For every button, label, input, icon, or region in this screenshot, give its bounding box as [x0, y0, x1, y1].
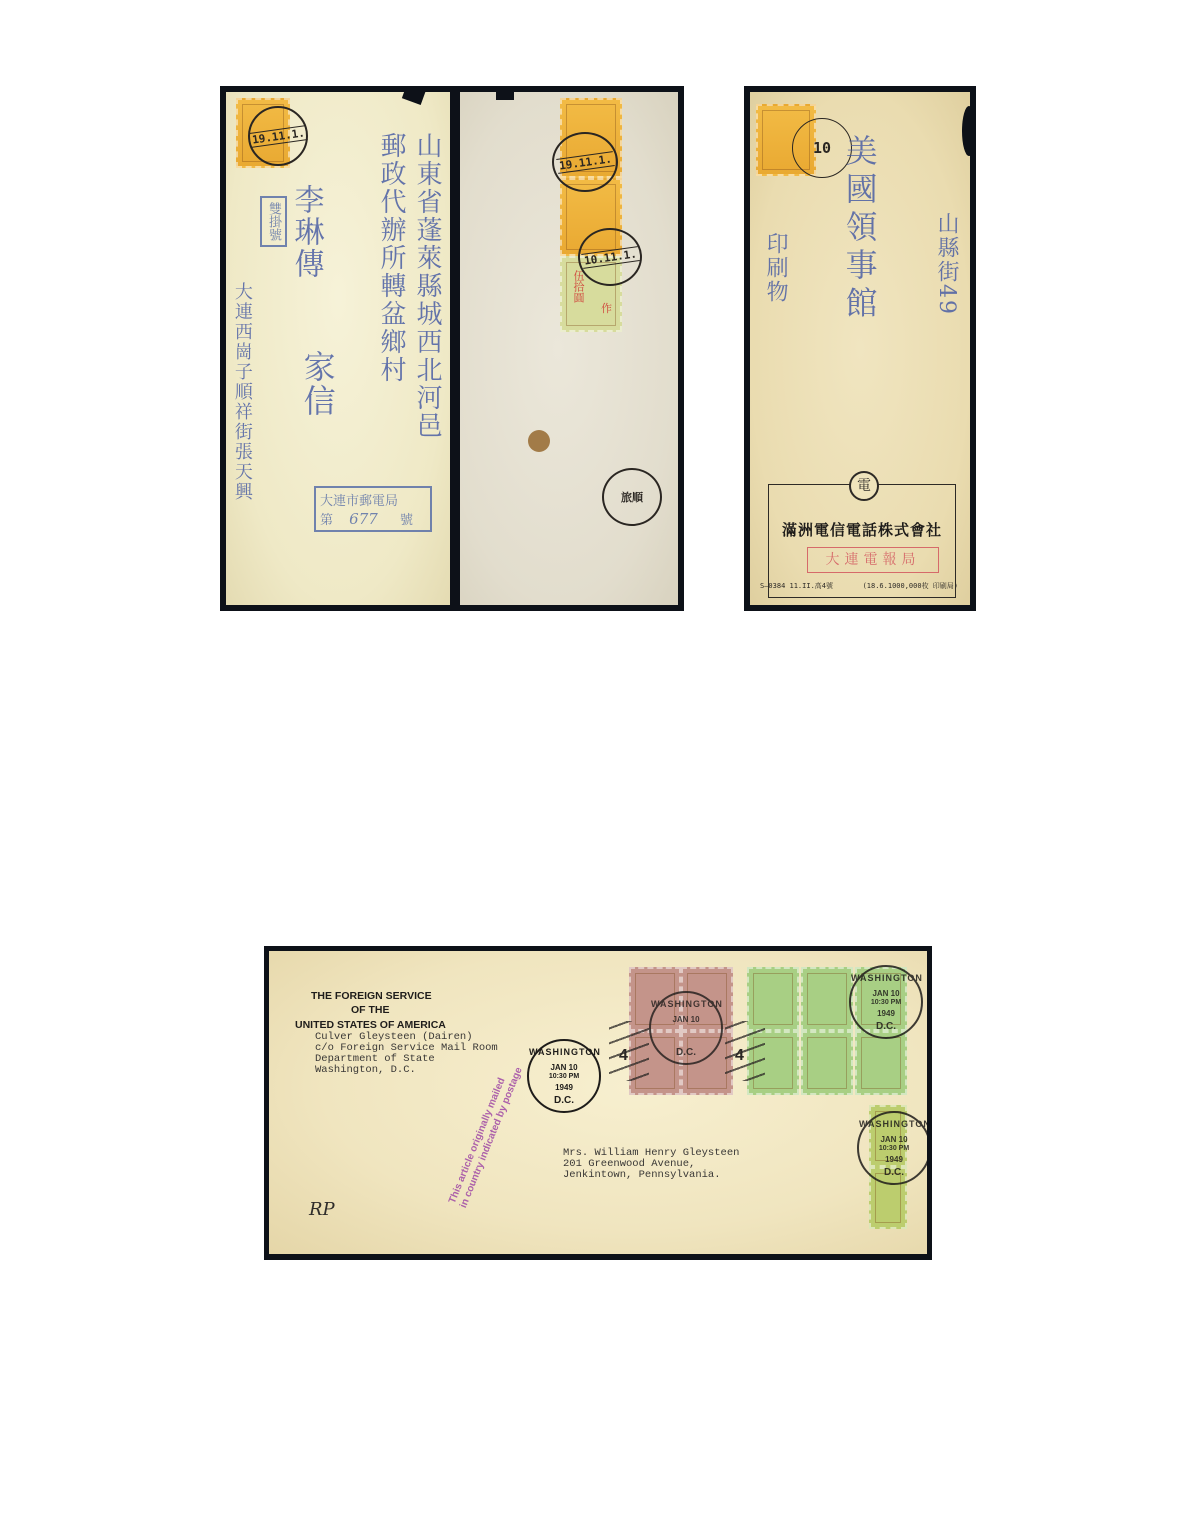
address-line-2: 郵政代辦所轉盆鄉村 — [377, 132, 404, 384]
return-address-line-4: Washington, D.C. — [315, 1065, 416, 1076]
postmark-top: 19.11.1. — [552, 132, 618, 192]
registration-box: 大連市郵電局 第 677 號 — [314, 486, 432, 532]
red-office-stamp: 大連電報局 — [807, 547, 939, 573]
recipient-line-3: Jenkintown, Pennsylvania. — [563, 1170, 721, 1181]
envelope-paper: 10 美國領事館 山縣街49 印刷物 電 滿洲電信電話株式會社 大連電報局 S—… — [750, 92, 970, 605]
envelope-tear — [962, 106, 970, 156]
envelope-back: 伍拾圓 作 19.11.1. 10.11.1. 旅順 — [460, 92, 678, 605]
family-letter-label: 家信 — [300, 350, 334, 418]
registration-number: 677 — [349, 510, 378, 528]
washington-postmark-on-stamps: WASHINGTON JAN 10 D.C. — [649, 991, 723, 1065]
violet-handstamp: This article originally mailed in countr… — [447, 1061, 526, 1210]
postmark-bottom: 10.11.1. — [578, 228, 642, 286]
printer-footer: S—0384 11.II.高4號 (18.6.1000,000枚 印刷局) — [760, 581, 958, 591]
cover-1-scan: 19.11.1. 山東省蓬萊縣城西北河邑 郵政代辦所轉盆鄉村 李琳傳 家信 大連… — [220, 86, 456, 611]
pencil-initials: RP — [309, 1199, 335, 1220]
registration-office: 大連市郵電局 — [320, 490, 426, 509]
company-logo-icon: 電 — [849, 471, 879, 501]
stain — [528, 430, 550, 452]
killer-bars — [609, 1021, 649, 1081]
cover-3-scan: 10 美國領事館 山縣街49 印刷物 電 滿洲電信電話株式會社 大連電報局 S—… — [744, 86, 976, 611]
recipient-name: 李琳傳 — [290, 184, 322, 280]
envelope-paper: 19.11.1. 山東省蓬萊縣城西北河邑 郵政代辦所轉盆鄉村 李琳傳 家信 大連… — [226, 92, 450, 605]
postmark-date: 19.11.1. — [249, 125, 308, 148]
letterhead-line-1: THE FOREIGN SERVICE — [311, 990, 432, 1002]
killer-number: 4 — [619, 1047, 628, 1065]
envelope-tear — [496, 92, 514, 100]
green-stamp — [855, 1031, 907, 1095]
green-stamp — [801, 1031, 853, 1095]
arrival-postmark: 旅順 — [602, 468, 662, 526]
printed-matter-label: 印刷物 — [764, 232, 787, 304]
address-line-1: 山東省蓬萊縣城西北河邑 — [413, 132, 440, 440]
street-address: 山縣街49 — [935, 212, 958, 316]
killer-bars — [725, 1021, 765, 1081]
green-stamp — [801, 967, 853, 1031]
letterhead-line-3: UNITED STATES OF AMERICA — [295, 1019, 446, 1031]
washington-postmark-lower: WASHINGTON JAN 10 10:30 PM 1949 D.C. — [857, 1111, 927, 1185]
washington-postmark: WASHINGTON JAN 10 10:30 PM 1949 D.C. — [527, 1039, 601, 1113]
postmark: 19.11.1. — [248, 106, 308, 166]
registered-handstamp: 雙掛號 — [260, 196, 287, 247]
washington-postmark-corner: WASHINGTON JAN 10 10:30 PM 1949 D.C. — [849, 965, 923, 1039]
envelope-tear — [402, 92, 426, 105]
addressee: 美國領事館 — [842, 134, 876, 324]
envelope-paper: THE FOREIGN SERVICE OF THE UNITED STATES… — [269, 951, 927, 1254]
cover-4-scan: THE FOREIGN SERVICE OF THE UNITED STATES… — [264, 946, 932, 1260]
cover-2-scan: 伍拾圓 作 19.11.1. 10.11.1. 旅順 — [456, 86, 684, 611]
letterhead-line-2: OF THE — [351, 1004, 390, 1016]
company-name: 滿洲電信電話株式會社 — [769, 519, 955, 540]
sender-address: 大連西崗子順祥街張天興 — [232, 282, 251, 502]
